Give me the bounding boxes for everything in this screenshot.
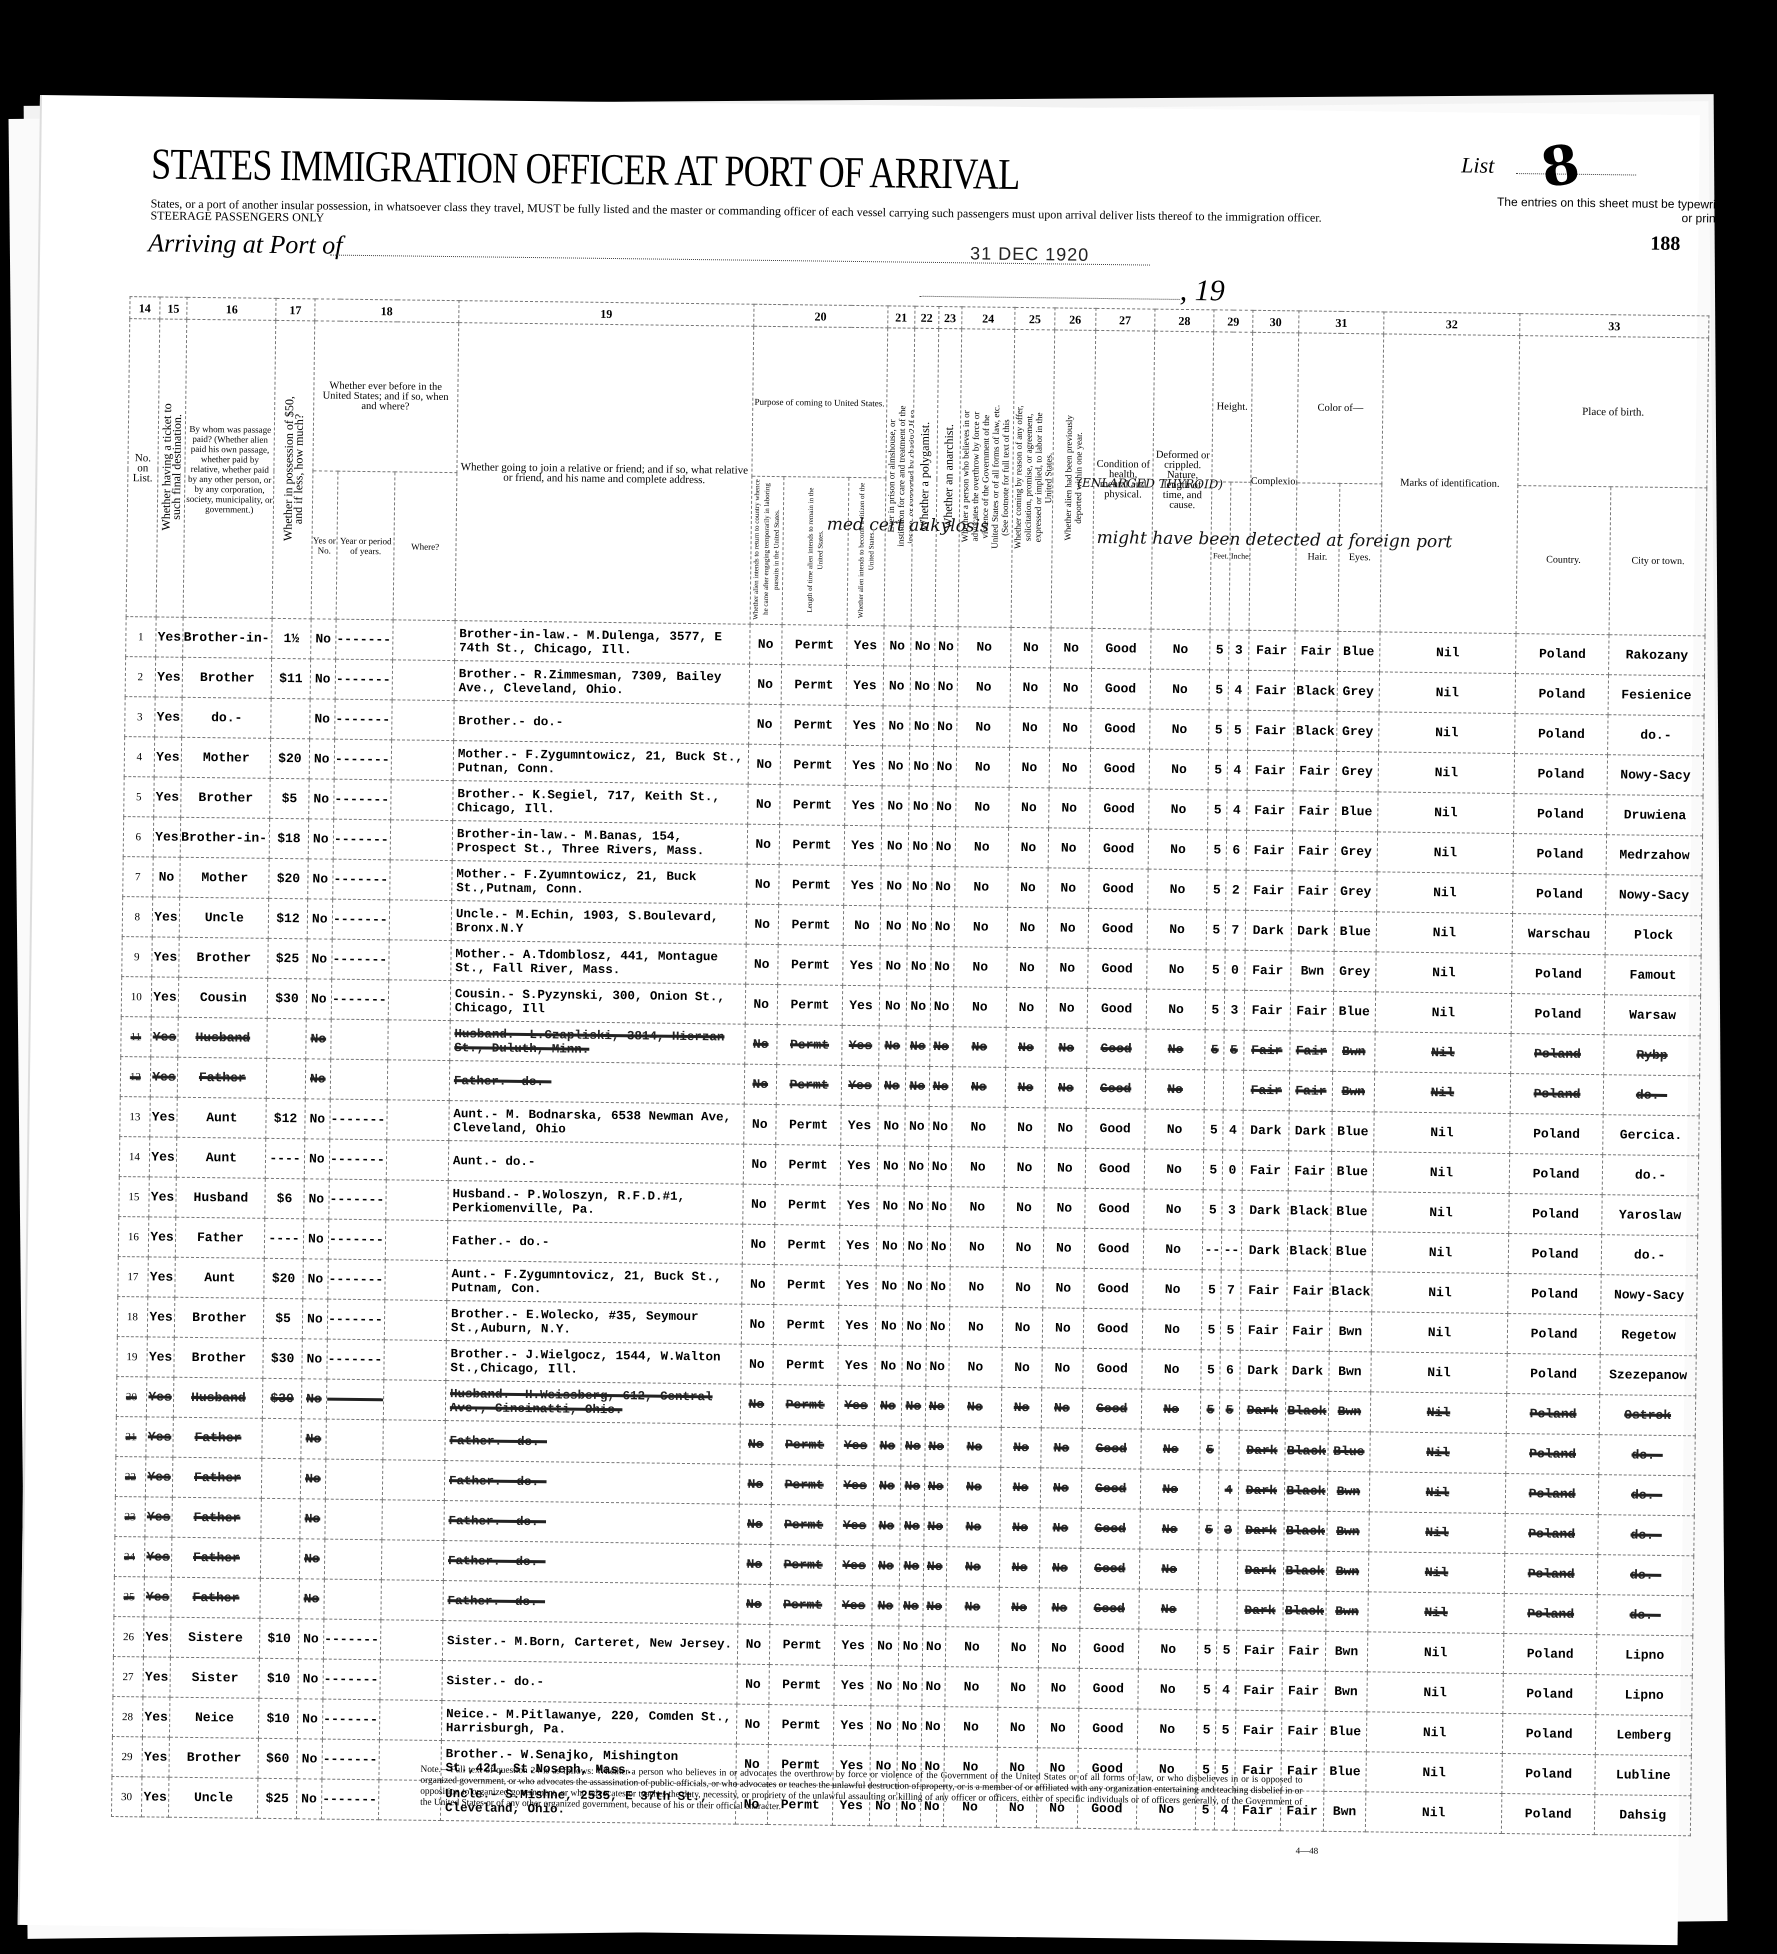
cell-relative: Father.- do.- <box>449 1061 744 1105</box>
cell-dash <box>324 1579 382 1620</box>
cell-country: Poland <box>1502 1713 1596 1754</box>
cell-health: Good <box>1078 1708 1138 1749</box>
cell-before: No <box>302 1299 328 1339</box>
cell-health: Good <box>1089 788 1149 829</box>
cell-inches: 0 <box>1225 950 1245 990</box>
cell-marks: Nil <box>1370 1432 1506 1474</box>
cell-city: Lemberg <box>1596 1715 1692 1756</box>
cell-before: No <box>299 1539 325 1579</box>
cell-before: No <box>306 939 332 979</box>
cell-country: Poland <box>1506 1434 1600 1475</box>
cell-complexion: Dark <box>1245 910 1292 951</box>
cell-no: 12 <box>120 1057 150 1097</box>
cell-prison: No <box>870 1666 898 1706</box>
cell-relative: Husband.- L.Czapliski, 3814, Hierzan St.… <box>450 1021 745 1065</box>
cell-polyg: No <box>899 1586 923 1626</box>
cell-dash: ---------- <box>335 659 393 700</box>
cell-length: Permt <box>772 1385 838 1426</box>
cell-anarch: No <box>927 1186 951 1226</box>
cell-inches <box>1218 1550 1238 1590</box>
cell-prison: No <box>873 1466 901 1506</box>
cell-no: 3 <box>125 697 155 737</box>
cell-before: No <box>305 1059 331 1099</box>
list-number: 8 <box>1536 131 1583 200</box>
cell-length: Permt <box>777 985 843 1026</box>
cell-offer: No <box>1009 787 1050 827</box>
cell-city: do.- <box>1602 1235 1698 1276</box>
cell-complexion: Fair <box>1247 750 1294 791</box>
cell-feet: 5 <box>1200 1430 1220 1470</box>
cell-deformed: No <box>1143 1229 1203 1270</box>
cell-health: Good <box>1085 1108 1145 1149</box>
cell-eyes: Bwn <box>1332 1071 1375 1112</box>
cell-relative: Sister.- do.- <box>442 1661 737 1705</box>
column-header-row: No. on List. Whether having a ticket to … <box>128 319 1709 488</box>
cell-hair: Black <box>1285 1431 1328 1472</box>
cell-relative: Brother.- do.- <box>454 701 749 745</box>
cell-deformed: No <box>1148 829 1208 870</box>
cell-complexion: Dark <box>1237 1550 1284 1591</box>
cell-deformed: No <box>1145 1069 1205 1110</box>
cell-marks: Nil <box>1369 1512 1505 1554</box>
cell-health: Good <box>1088 868 1148 909</box>
cell-deformed: No <box>1141 1429 1201 1470</box>
cell-offer: No <box>1009 747 1050 787</box>
cell-length: Permt <box>776 1065 842 1106</box>
cell-anarch: No <box>922 1586 946 1626</box>
cell-complexion: Dark <box>1239 1350 1286 1391</box>
cell-offer: No <box>1004 1187 1045 1227</box>
cell-paid-by: Father <box>178 1057 268 1098</box>
cell-inches: 3 <box>1222 1190 1242 1230</box>
cell-deported: No <box>1047 908 1088 948</box>
cell-marks: Nil <box>1372 1232 1508 1274</box>
cell-prison: No <box>874 1386 902 1426</box>
cell-length: Permt <box>780 705 846 746</box>
cell-overthrow: No <box>956 747 1010 788</box>
cell-health: Good <box>1083 1268 1143 1309</box>
cell-money: ---- <box>265 1218 304 1258</box>
cell-offer: No <box>999 1547 1040 1587</box>
cell-no: 22 <box>115 1457 145 1497</box>
cell-before: No <box>308 819 334 859</box>
cell-relative: Father.- do.- <box>443 1581 738 1625</box>
cell-money: ---- <box>266 1138 305 1178</box>
cell-marks: Nil <box>1376 952 1512 994</box>
cell-money <box>267 1018 306 1058</box>
cell-before: No <box>297 1739 323 1779</box>
cell-eyes: Blue <box>1324 1751 1367 1792</box>
cell-anarch: No <box>928 1106 952 1146</box>
cell-prison: No <box>880 906 908 946</box>
cell-city: Rybp <box>1604 1035 1700 1076</box>
cell-overthrow: No <box>952 1067 1006 1108</box>
cell-marks: Nil <box>1377 872 1513 914</box>
cell-relative: Brother-in-law.- M.Banas, 154, Prospect … <box>452 821 747 865</box>
cell-length: Permt <box>776 1025 842 1066</box>
cell-paid-by: Brother <box>181 777 271 818</box>
cell-overthrow: No <box>945 1627 999 1668</box>
cell-feet <box>1200 1470 1220 1510</box>
cell-dash: ---------- <box>333 819 391 860</box>
cell-feet: 5 <box>1204 1150 1224 1190</box>
cell-deformed: No <box>1150 669 1210 710</box>
cell-paid-by: Brother <box>182 657 272 698</box>
cell-eyes: Blue <box>1324 1711 1367 1752</box>
cell-eyes: Grey <box>1336 751 1379 792</box>
cell-overthrow: No <box>956 707 1010 748</box>
cell-overthrow: No <box>948 1427 1002 1468</box>
cell-country: Poland <box>1511 994 1605 1035</box>
cell-ret: No <box>745 1024 777 1064</box>
cell-relative: Father.- do.- <box>444 1461 739 1505</box>
cell-relative: Brother-in-law.- M.Dulenga, 3577, E 74th… <box>455 621 750 665</box>
cell-deformed: No <box>1142 1349 1202 1390</box>
cell-eyes: Blue <box>1330 1191 1373 1232</box>
cell-inches <box>1217 1590 1237 1630</box>
cell-citizen: Yes <box>834 1665 871 1705</box>
cell-feet: 5 <box>1208 790 1228 830</box>
cell-polyg: No <box>908 866 932 906</box>
cell-ticket: Yes <box>147 1297 175 1337</box>
cell-polyg: No <box>900 1466 924 1506</box>
cell-no: 20 <box>116 1377 146 1417</box>
cell-overthrow: No <box>952 1107 1006 1148</box>
header-inches: Inches. <box>1230 482 1251 630</box>
cell-dash: ---------- <box>334 779 392 820</box>
cell-overthrow: No <box>957 667 1011 708</box>
cell-offer: No <box>1002 1347 1043 1387</box>
cell-city: do.- <box>1599 1435 1695 1476</box>
cell-feet: 5 <box>1202 1270 1222 1310</box>
cell-anarch: No <box>930 946 954 986</box>
header-where: Where? <box>393 472 456 621</box>
header-return: Whether alien intends to return to count… <box>750 476 784 624</box>
cell-city: Nowy-Sacy <box>1607 755 1703 796</box>
col-num: 26 <box>1055 308 1096 330</box>
cell-citizen: Yes <box>846 705 883 745</box>
cell-marks: Nil <box>1374 1112 1510 1154</box>
cell-no: 28 <box>112 1697 142 1737</box>
cell-deported: No <box>1039 1588 1080 1628</box>
cell-marks: Nil <box>1370 1392 1506 1434</box>
cell-paid-by: Mother <box>180 857 270 898</box>
cell-feet: 5 <box>1198 1630 1218 1670</box>
cell-before: No <box>302 1259 328 1299</box>
cell-relative: Brother.- R.Zimmesman, 7309, Bailey Ave.… <box>454 661 749 705</box>
cell-marks: Nil <box>1369 1472 1505 1514</box>
cell-length: Permt <box>781 665 847 706</box>
cell-inches: 6 <box>1227 830 1247 870</box>
cell-feet: 5 <box>1209 710 1229 750</box>
cell-anarch: No <box>921 1666 945 1706</box>
cell-citizen: Yes <box>835 1625 872 1665</box>
cell-overthrow: No <box>944 1707 998 1748</box>
cell-inches: 3 <box>1225 990 1245 1030</box>
cell-offer: No <box>1002 1307 1043 1347</box>
cell-before: No <box>307 859 333 899</box>
cell-eyes: Bwn <box>1323 1791 1366 1832</box>
cell-polyg: No <box>909 746 933 786</box>
cell-hair: Fair <box>1295 631 1338 672</box>
cell-polyg: No <box>910 666 934 706</box>
cell-paid-by: Brother <box>174 1337 264 1378</box>
cell-ticket: Yes <box>143 1617 171 1657</box>
col-num: 28 <box>1155 309 1215 332</box>
col-num: 22 <box>915 306 939 328</box>
cell-anarch: No <box>926 1266 950 1306</box>
cell-anarch: No <box>932 786 956 826</box>
header-offer: Whether coming by reason of any offer, s… <box>1011 329 1055 627</box>
cell-anarch: No <box>934 626 958 666</box>
cell-inches: 5 <box>1221 1310 1241 1350</box>
cell-anarch: No <box>921 1706 945 1746</box>
cell-overthrow: No <box>955 787 1009 828</box>
cell-city: Lipno <box>1597 1635 1693 1676</box>
cell-feet: 5 <box>1208 750 1228 790</box>
cell-deported: No <box>1046 1028 1087 1068</box>
cell-ret: No <box>745 984 777 1024</box>
cell-marks: Nil <box>1376 912 1512 954</box>
cell-before: No <box>307 899 333 939</box>
date-stamp: 31 DEC 1920 <box>970 243 1089 265</box>
cell-before: No <box>306 979 332 1019</box>
cell-dash: ---------- <box>326 1379 384 1420</box>
cell-prison: No <box>881 786 909 826</box>
cell-before: No <box>297 1699 323 1739</box>
cell-health: Good <box>1087 948 1147 989</box>
cell-hair: Fair <box>1290 991 1333 1032</box>
cell-citizen: Yes <box>840 1185 877 1225</box>
cell-polyg: No <box>902 1306 926 1346</box>
cell-ticket: Yes <box>144 1537 172 1577</box>
cell-polyg: No <box>898 1666 922 1706</box>
cell-deformed: No <box>1138 1669 1198 1710</box>
cell-before: No <box>300 1459 326 1499</box>
cell-inches: 5 <box>1220 1390 1240 1430</box>
cell-deformed: No <box>1140 1469 1200 1510</box>
cell-prison: No <box>872 1506 900 1546</box>
cell-overthrow: No <box>954 867 1008 908</box>
cell-where <box>388 1060 450 1101</box>
col-num: 23 <box>938 306 962 328</box>
cell-deformed: No <box>1144 1189 1204 1230</box>
cell-city: Lubline <box>1595 1755 1691 1796</box>
header-ticket: Whether having a ticket to such final de… <box>156 319 187 617</box>
cell-relative: Aunt.- F.Zygumntovicz, 21, Buck St., Put… <box>447 1261 742 1305</box>
cell-deformed: No <box>1148 869 1208 910</box>
cell-anarch: No <box>927 1226 951 1266</box>
cell-where <box>382 1540 444 1581</box>
cell-ret: No <box>737 1624 769 1664</box>
cell-before: No <box>298 1619 324 1659</box>
cell-feet: 5 <box>1206 950 1226 990</box>
cell-length: Permt <box>773 1265 839 1306</box>
cell-anarch: No <box>933 746 957 786</box>
cell-relative: Cousin.- S.Pyzynski, 300, Onion St., Chi… <box>450 981 745 1025</box>
cell-deported: No <box>1048 828 1089 868</box>
cell-polyg: No <box>901 1426 925 1466</box>
cell-length: Permt <box>771 1505 837 1546</box>
cell-ticket: Yes <box>148 1257 176 1297</box>
cell-citizen: Yes <box>846 745 883 785</box>
cell-relative: Aunt.- do.- <box>448 1141 743 1185</box>
cell-marks: Nil <box>1368 1592 1504 1634</box>
cell-city: Ostrok <box>1600 1395 1696 1436</box>
cell-hair: Fair <box>1293 751 1336 792</box>
cell-country: Poland <box>1508 1234 1602 1275</box>
cell-money: $18 <box>270 818 309 858</box>
cell-ticket: Yes <box>141 1777 169 1817</box>
cell-ret: No <box>740 1384 772 1424</box>
passenger-rows: 1YesBrother-in-law1½No----------Brother-… <box>111 617 1705 1836</box>
cell-money <box>262 1458 301 1498</box>
cell-deported: No <box>1044 1188 1085 1228</box>
cell-offer: No <box>1008 867 1049 907</box>
cell-country: Poland <box>1504 1594 1598 1635</box>
cell-dash: ---------- <box>322 1779 380 1820</box>
cell-money: $10 <box>259 1658 298 1698</box>
cell-complexion: Dark <box>1241 1190 1288 1231</box>
cell-deported: No <box>1042 1348 1083 1388</box>
cell-deformed: No <box>1144 1149 1204 1190</box>
form-code: 4—48 <box>1296 1845 1319 1855</box>
header-country: Country. <box>1516 486 1611 635</box>
cell-money: $6 <box>265 1178 304 1218</box>
cell-ret: No <box>739 1504 771 1544</box>
cell-country: Poland <box>1502 1753 1596 1794</box>
cell-length: Permt <box>774 1225 840 1266</box>
cell-deported: No <box>1050 708 1091 748</box>
cell-relative: Mother.- F.Zygumntowicz, 21, Buck St., P… <box>453 741 748 785</box>
cell-eyes: Blue <box>1337 631 1380 672</box>
cell-ret: No <box>747 824 779 864</box>
cell-deformed: No <box>1139 1589 1199 1630</box>
cell-offer: No <box>998 1627 1039 1667</box>
cell-inches <box>1224 1070 1244 1110</box>
cell-hair: Fair <box>1293 791 1336 832</box>
cell-deported: No <box>1038 1708 1079 1748</box>
cell-city: Szezepanow <box>1600 1355 1696 1396</box>
cell-overthrow: No <box>947 1507 1001 1548</box>
cell-country: Poland <box>1510 1114 1604 1155</box>
cell-paid-by: Aunt <box>177 1097 267 1138</box>
cell-money: $60 <box>258 1738 297 1778</box>
header-citizen: Whether alien intends to become a citize… <box>848 477 886 625</box>
cell-feet: 5 <box>1201 1390 1221 1430</box>
cell-dash: ---------- <box>331 979 389 1020</box>
cell-dash: ---------- <box>327 1299 385 1340</box>
header-hair: Hair. <box>1295 483 1339 632</box>
cell-eyes: Blue <box>1331 1111 1374 1152</box>
cell-eyes: Blue <box>1333 991 1376 1032</box>
cell-feet <box>1205 1070 1225 1110</box>
cell-no: 11 <box>121 1017 151 1057</box>
cell-health: Good <box>1084 1228 1144 1269</box>
cell-money: $10 <box>260 1618 299 1658</box>
cell-no: 19 <box>117 1337 147 1377</box>
cell-ret: No <box>741 1344 773 1384</box>
cell-citizen: No <box>844 905 881 945</box>
cell-country: Poland <box>1503 1673 1597 1714</box>
cell-before: No <box>303 1219 329 1259</box>
cell-money <box>261 1538 300 1578</box>
cell-length: Permt <box>774 1185 840 1226</box>
cell-where <box>385 1260 447 1301</box>
col-num: 20 <box>754 304 888 328</box>
col-num: 27 <box>1095 308 1155 331</box>
cell-dash: ---------- <box>322 1699 380 1740</box>
cell-city: Famout <box>1605 955 1701 996</box>
cell-ret: No <box>742 1264 774 1304</box>
cell-offer: No <box>997 1707 1038 1747</box>
cell-overthrow: No <box>945 1667 999 1708</box>
cell-hair: Black <box>1287 1231 1330 1272</box>
cell-where <box>380 1660 442 1701</box>
cell-polyg: No <box>906 1026 930 1066</box>
cell-where <box>386 1220 448 1261</box>
header-length: Length of time alien intends to remain i… <box>782 477 850 626</box>
cell-complexion: Dark <box>1242 1110 1289 1151</box>
cell-money <box>262 1418 301 1458</box>
cell-before: No <box>301 1379 327 1419</box>
cell-ticket: Yes <box>150 1017 178 1057</box>
cell-ticket: Yes <box>149 1137 177 1177</box>
cell-hair: Black <box>1284 1551 1327 1592</box>
cell-hair: Fair <box>1282 1711 1325 1752</box>
cell-dash: ---------- <box>332 939 390 980</box>
cell-anarch: No <box>931 866 955 906</box>
cell-country: Poland <box>1513 874 1607 915</box>
cell-prison: No <box>880 866 908 906</box>
cell-ret: No <box>749 664 781 704</box>
cell-prison: No <box>882 746 910 786</box>
cell-city: Nowy-Sacy <box>1606 875 1702 916</box>
cell-complexion: Fair <box>1246 830 1293 871</box>
cell-dash: ---------- <box>323 1619 381 1660</box>
cell-dash <box>325 1459 383 1500</box>
cell-eyes: Grey <box>1335 831 1378 872</box>
cell-ret: No <box>748 744 780 784</box>
cell-ticket: Yes <box>142 1737 170 1777</box>
cell-offer: No <box>1001 1427 1042 1467</box>
col-num: 14 <box>130 297 160 319</box>
cell-deformed: No <box>1146 989 1206 1030</box>
cell-deformed: No <box>1149 789 1209 830</box>
cell-polyg: No <box>905 1106 929 1146</box>
cell-prison: No <box>882 706 910 746</box>
header-eyes: Eyes. <box>1338 483 1382 632</box>
cell-where <box>391 820 453 861</box>
col-num: 29 <box>1214 310 1252 332</box>
cell-health: Good <box>1079 1628 1139 1669</box>
cell-anarch: No <box>930 986 954 1026</box>
header-prison: Ever in prison or almshouse, or institut… <box>884 328 915 626</box>
cell-ticket: Yes <box>145 1457 173 1497</box>
cell-overthrow: No <box>950 1267 1004 1308</box>
cell-deported: No <box>1046 988 1087 1028</box>
header-money: Whether in possession of $50, and if les… <box>273 320 315 618</box>
cell-ret: No <box>749 624 781 664</box>
cell-no: 6 <box>123 817 153 857</box>
cell-offer: No <box>998 1667 1039 1707</box>
cell-relative: Aunt.- M. Bodnarska, 6538 Newman Ave, Cl… <box>449 1101 744 1145</box>
cell-eyes: Bwn <box>1326 1551 1369 1592</box>
cell-city: Warsaw <box>1604 995 1700 1036</box>
cell-no: 2 <box>125 657 155 697</box>
cell-feet <box>1198 1590 1218 1630</box>
cell-deformed: No <box>1143 1269 1203 1310</box>
